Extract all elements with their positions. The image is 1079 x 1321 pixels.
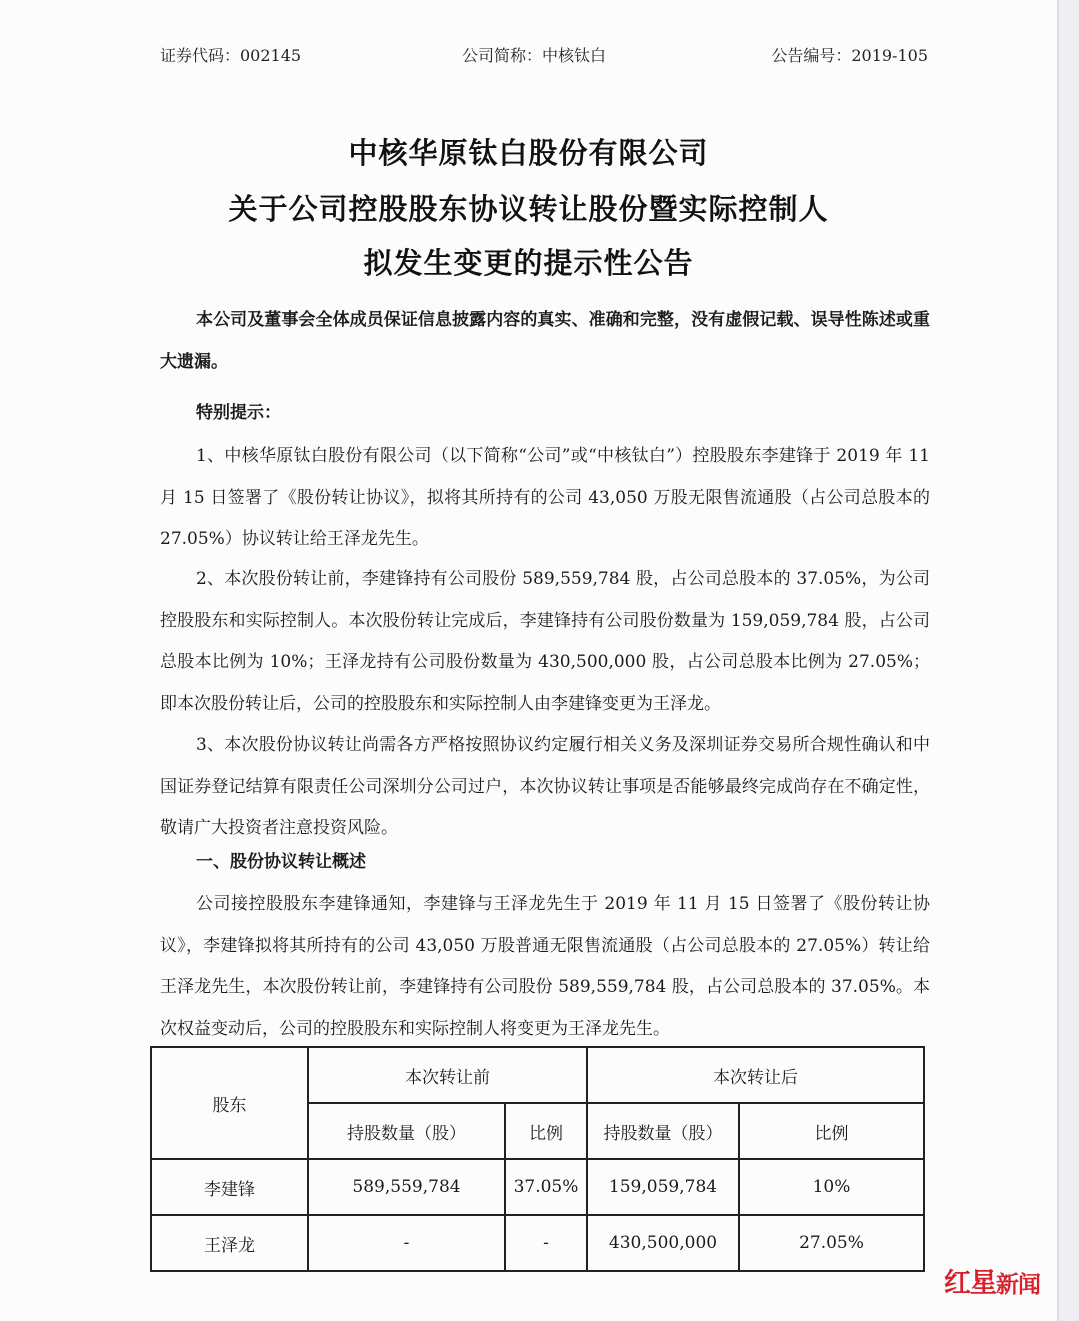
document-page: 证券代码：002145 公司简称：中核钛白 公告编号：2019-105 中核华原… [0,0,1059,1321]
before-ratio: 37.05% [505,1159,587,1215]
table-row: 王泽龙 - - 430,500,000 27.05% [151,1215,924,1271]
notice-item-2: 2、本次股份转让前，李建锋持有公司股份 589,559,784 股，占公司总股本… [160,559,930,725]
header-shareholder: 股东 [151,1047,308,1159]
after-shares: 159,059,784 [587,1159,739,1215]
special-notice-heading: 特别提示： [160,393,930,435]
section-1-heading: 一、股份协议转让概述 [160,842,930,884]
shareholding-table: 股东 本次转让前 本次转让后 持股数量（股） 比例 持股数量（股） 比例 李建锋… [150,1046,925,1272]
before-ratio: - [505,1215,587,1271]
announcement-number: 公告编号：2019-105 [771,43,928,66]
table-row: 李建锋 589,559,784 37.05% 159,059,784 10% [151,1159,924,1215]
watermark-brand-small: 新闻 [996,1271,1040,1298]
title-line-1: 中核华原钛白股份有限公司 [0,131,1057,172]
title-line-3: 拟发生变更的提示性公告 [0,241,1057,282]
header-after-transfer: 本次转让后 [587,1047,924,1103]
title-line-2: 关于公司控股股东协议转让股份暨实际控制人 [0,187,1057,228]
hongxing-news-watermark-logo: 红星新闻 [944,1261,1040,1300]
after-ratio: 27.05% [739,1215,924,1271]
header-after-shares: 持股数量（股） [587,1103,739,1159]
header-after-ratio: 比例 [739,1103,924,1159]
shareholder-name: 李建锋 [151,1159,308,1215]
company-short-name: 公司简称：中核钛白 [462,43,606,66]
before-shares: 589,559,784 [308,1159,505,1215]
watermark-brand-big: 红星 [944,1268,996,1299]
shareholder-name: 王泽龙 [151,1215,308,1271]
after-shares: 430,500,000 [587,1215,739,1271]
after-ratio: 10% [739,1159,924,1215]
before-shares: - [308,1215,505,1271]
header-before-ratio: 比例 [505,1103,587,1159]
disclaimer: 本公司及董事会全体成员保证信息披露内容的真实、准确和完整，没有虚假记载、误导性陈… [160,300,930,383]
document-header: 证券代码：002145 公司简称：中核钛白 公告编号：2019-105 [160,43,930,67]
header-before-transfer: 本次转让前 [308,1047,587,1103]
stock-code: 证券代码：002145 [160,43,301,66]
header-before-shares: 持股数量（股） [308,1103,505,1159]
notice-item-3: 3、本次股份协议转让尚需各方严格按照协议约定履行相关义务及深圳证券交易所合规性确… [160,725,930,850]
notice-item-1: 1、中核华原钛白股份有限公司（以下简称“公司”或“中核钛白”）控股股东李建锋于 … [160,436,930,561]
section-1-body: 公司接控股股东李建锋通知，李建锋与王泽龙先生于 2019 年 11 月 15 日… [160,884,930,1050]
